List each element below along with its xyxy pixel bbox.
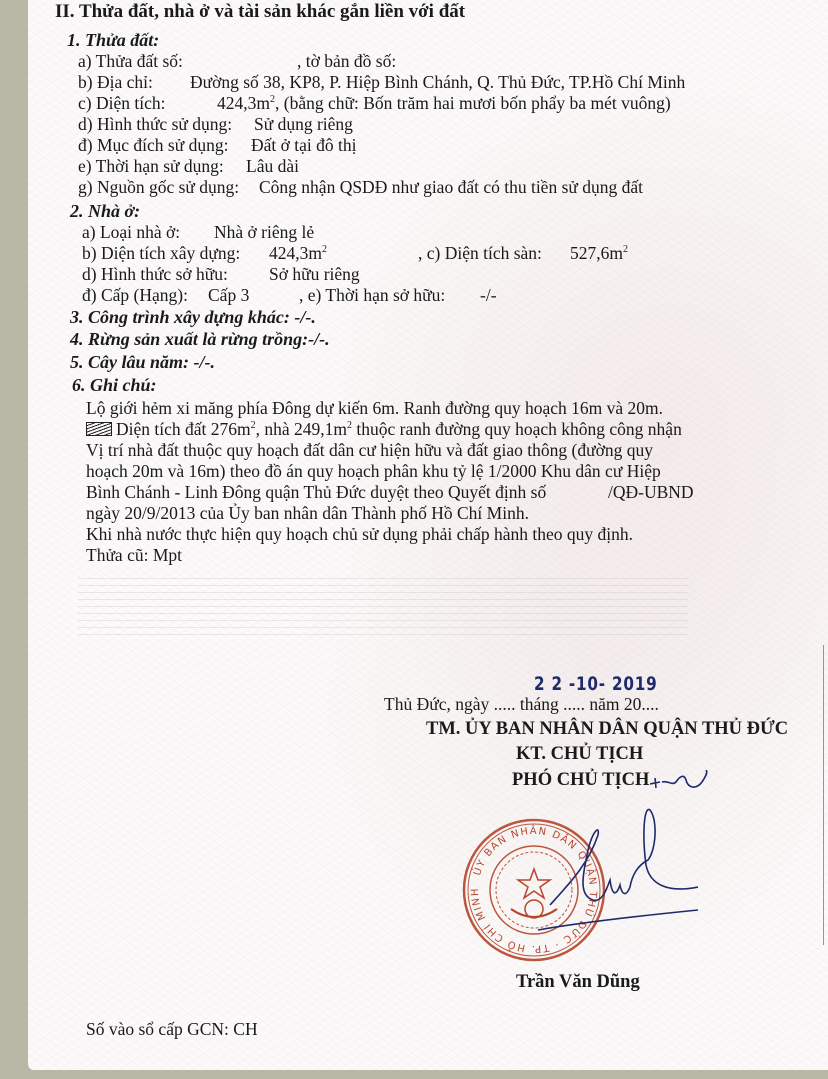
perennial-trees: 5. Cây lâu năm: -/-. [70, 352, 215, 372]
usage-purpose-label: đ) Mục đích sử dụng: [78, 135, 228, 155]
registry-number: Số vào sổ cấp GCN: CH [86, 1019, 258, 1039]
house-type-value: Nhà ở riêng lẻ [214, 222, 314, 242]
edge-mark [823, 645, 828, 945]
ownership-form-label: d) Hình thức sở hữu: [82, 264, 228, 284]
production-forest: 4. Rừng sản xuất là rừng trồng:-/-. [70, 329, 330, 349]
note-line-6: ngày 20/9/2013 của Ủy ban nhân dân Thành… [86, 503, 529, 523]
note-line-1: Lộ giới hẻm xi măng phía Đông dự kiến 6m… [86, 398, 663, 418]
notes-heading: 6. Ghi chú: [72, 375, 157, 395]
stamped-date: 2 2 -10- 2019 [534, 673, 658, 695]
house-heading: 2. Nhà ở: [70, 201, 140, 221]
signer-role-1: KT. CHỦ TỊCH [516, 744, 643, 764]
house-type-label: a) Loại nhà ở: [82, 222, 180, 242]
initials-mark-icon [650, 770, 720, 792]
hatched-area-legend-icon [86, 422, 112, 436]
land-heading: 1. Thửa đất: [67, 30, 159, 50]
area-value: 424,3m2, (bằng chữ: Bốn trăm hai mươi bố… [217, 93, 671, 113]
map-sheet-label: , tờ bản đồ số: [297, 51, 396, 71]
place-and-date: Thủ Đức, ngày ..... tháng ..... năm 20..… [384, 694, 659, 714]
note-line-7: Khi nhà nước thực hiện quy hoạch chủ sử … [86, 524, 633, 544]
usage-origin-value: Công nhận QSDĐ như giao đất có thu tiền … [259, 177, 643, 197]
usage-form-value: Sử dụng riêng [254, 114, 353, 134]
signer-role-2: PHÓ CHỦ TỊCH [512, 770, 649, 790]
usage-term-label: e) Thời hạn sử dụng: [78, 156, 224, 176]
grade-label: đ) Cấp (Hạng): [82, 285, 188, 305]
handwritten-signature-icon [538, 805, 698, 935]
construction-area-label: b) Diện tích xây dựng: [82, 243, 240, 263]
usage-form-label: d) Hình thức sử dụng: [78, 114, 232, 134]
decision-number-suffix: /QĐ-UBND [608, 482, 694, 502]
address-value: Đường số 38, KP8, P. Hiệp Bình Chánh, Q.… [190, 72, 685, 92]
section-title: II. Thửa đất, nhà ở và tài sản khác gắn … [55, 2, 465, 22]
address-label: b) Địa chỉ: [78, 72, 153, 92]
note-line-5: Bình Chánh - Linh Đông quận Thủ Đức duyệ… [86, 482, 546, 502]
note-line-4: hoạch 20m và 16m) theo đồ án quy hoạch p… [86, 461, 661, 481]
issuing-authority: TM. ỦY BAN NHÂN DÂN QUẬN THỦ ĐỨC [426, 719, 788, 739]
ownership-term-label: , e) Thời hạn sở hữu: [299, 285, 445, 305]
usage-purpose-value: Đất ở tại đô thị [251, 135, 357, 155]
floor-area-value: 527,6m2 [570, 243, 628, 263]
usage-origin-label: g) Nguồn gốc sử dụng: [78, 177, 239, 197]
signer-name: Trần Văn Dũng [516, 972, 640, 992]
blank-ruled-lines [78, 578, 688, 638]
area-label: c) Diện tích: [78, 93, 165, 113]
ownership-term-value: -/- [480, 285, 497, 305]
other-works: 3. Công trình xây dựng khác: -/-. [70, 307, 316, 327]
note-line-3: Vị trí nhà đất thuộc quy hoạch đất dân c… [86, 440, 653, 460]
area-in-words: , (bằng chữ: Bốn trăm hai mươi bốn phẩy … [275, 93, 671, 113]
parcel-number-label: a) Thửa đất số: [78, 51, 183, 71]
construction-area-value: 424,3m2 [269, 243, 327, 263]
floor-area-label: , c) Diện tích sàn: [418, 243, 542, 263]
usage-term-value: Lâu dài [246, 156, 299, 176]
certificate-page: II. Thửa đất, nhà ở và tài sản khác gắn … [28, 0, 828, 1070]
grade-value: Cấp 3 [208, 285, 249, 305]
note-line-2: Diện tích đất 276m2, nhà 249,1m2 thuộc r… [86, 419, 682, 439]
ownership-form-value: Sở hữu riêng [269, 264, 360, 284]
note-line-8: Thửa cũ: Mpt [86, 545, 182, 565]
